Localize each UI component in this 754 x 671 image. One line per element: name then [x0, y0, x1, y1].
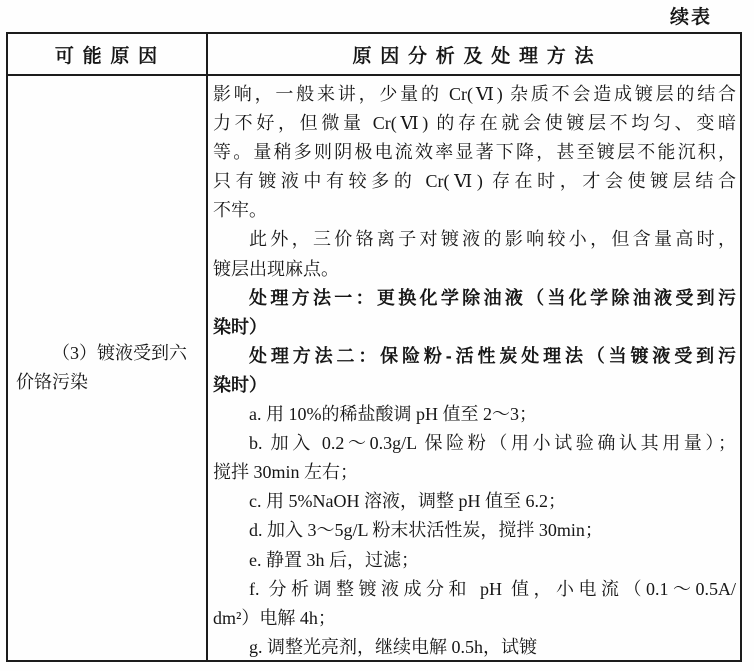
analysis-line: 力不好，但微量 Cr(Ⅵ) 的存在就会使镀层不均匀、变暗 [213, 109, 736, 138]
analysis-line: 处理方法二：保险粉-活性炭处理法（当镀液受到污 [213, 342, 736, 371]
analysis-line: 镀层出现麻点。 [213, 255, 736, 284]
analysis-line: f. 分析调整镀液成分和 pH 值，小电流（0.1～0.5A/ [213, 575, 736, 604]
troubleshooting-table: 可 能 原 因 原 因 分 析 及 处 理 方 法 （3）镀液受到六 价铬污染 … [6, 32, 742, 662]
analysis-line: d. 加入 3～5g/L 粉末状活性炭，搅拌 30min； [213, 516, 736, 545]
analysis-line: 处理方法一：更换化学除油液（当化学除油液受到污 [213, 284, 736, 313]
analysis-line: 不牢。 [213, 196, 736, 225]
analysis-line: b. 加入 0.2～0.3g/L 保险粉（用小试验确认其用量）； [213, 429, 736, 458]
cause-cell: （3）镀液受到六 价铬污染 [8, 76, 208, 660]
analysis-cell: 影响，一般来讲，少量的 Cr(Ⅵ) 杂质不会造成镀层的结合 力不好，但微量 Cr… [208, 76, 740, 660]
header-possible-cause: 可 能 原 因 [8, 34, 208, 74]
analysis-line: g. 调整光亮剂，继续电解 0.5h，试镀 [213, 633, 736, 660]
cause-line: （3）镀液受到六 [16, 339, 198, 368]
analysis-line: 只有镀液中有较多的 Cr(Ⅵ) 存在时，才会使镀层结合 [213, 167, 736, 196]
cause-line: 价铬污染 [16, 368, 198, 397]
table-body-row: （3）镀液受到六 价铬污染 影响，一般来讲，少量的 Cr(Ⅵ) 杂质不会造成镀层… [8, 76, 740, 660]
book-page: 续表 可 能 原 因 原 因 分 析 及 处 理 方 法 （3）镀液受到六 价铬… [0, 0, 754, 671]
analysis-line: 搅拌 30min 左右； [213, 458, 736, 487]
analysis-line: 染时） [213, 371, 736, 400]
analysis-line: 影响，一般来讲，少量的 Cr(Ⅵ) 杂质不会造成镀层的结合 [213, 80, 736, 109]
header-cause-analysis-and-treatment: 原 因 分 析 及 处 理 方 法 [208, 34, 740, 74]
analysis-line: e. 静置 3h 后，过滤； [213, 546, 736, 575]
analysis-line: dm²）电解 4h； [213, 604, 736, 633]
continued-table-label: 续表 [670, 2, 712, 29]
analysis-line: c. 用 5%NaOH 溶液，调整 pH 值至 6.2； [213, 487, 736, 516]
table-header-row: 可 能 原 因 原 因 分 析 及 处 理 方 法 [8, 34, 740, 76]
analysis-line: 染时） [213, 313, 736, 342]
analysis-line: 此外，三价铬离子对镀液的影响较小，但含量高时， [213, 225, 736, 254]
analysis-line: 等。量稍多则阴极电流效率显著下降，甚至镀层不能沉积， [213, 138, 736, 167]
analysis-line: a. 用 10%的稀盐酸调 pH 值至 2～3； [213, 400, 736, 429]
